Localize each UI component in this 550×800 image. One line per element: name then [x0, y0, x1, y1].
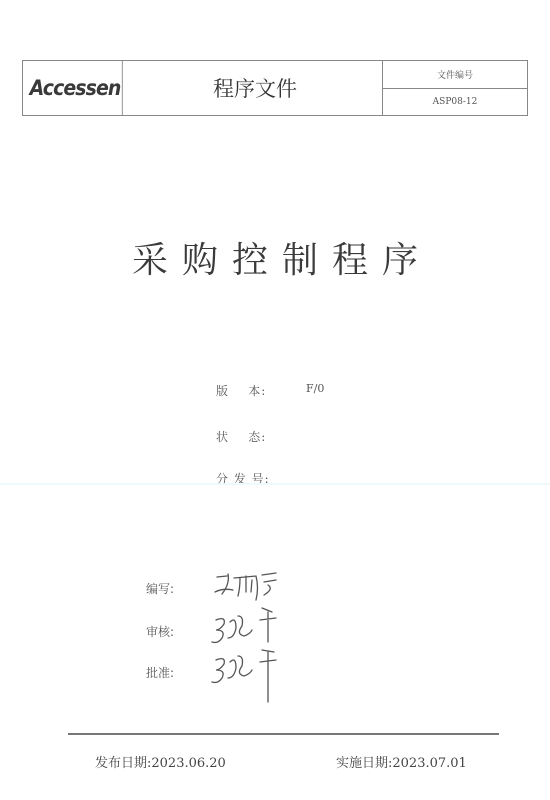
author-label: 编写:	[146, 580, 174, 597]
company-logo: Accessen	[28, 61, 123, 115]
effective-date: 实施日期:2023.07.01	[336, 752, 467, 771]
status-label: 状 态:	[216, 428, 306, 445]
status-row: 状 态:	[216, 428, 306, 445]
document-type: 程序文件	[128, 61, 383, 115]
approver-label: 批准:	[146, 664, 174, 681]
version-row: 版 本: F/0	[216, 382, 324, 399]
handwritten-signatures	[0, 0, 550, 800]
footer-divider	[68, 733, 499, 735]
document-title: 采购控制程序	[0, 232, 550, 283]
effective-date-value: 2023.07.01	[392, 756, 466, 771]
document-number-value: ASP08-12	[383, 89, 527, 116]
document-number-label: 文件编号	[383, 61, 527, 89]
effective-date-label: 实施日期:	[336, 756, 392, 771]
document-number-cell: 文件编号 ASP08-12	[383, 61, 527, 115]
version-value: F/0	[306, 382, 324, 399]
document-header-table: Accessen 程序文件 文件编号 ASP08-12	[22, 60, 528, 116]
reviewer-label: 审核:	[146, 623, 174, 640]
scan-artifact-band	[0, 483, 550, 485]
release-date: 发布日期:2023.06.20	[95, 752, 226, 771]
release-date-label: 发布日期:	[95, 756, 151, 771]
release-date-value: 2023.06.20	[151, 756, 225, 771]
version-label: 版 本:	[216, 382, 306, 399]
